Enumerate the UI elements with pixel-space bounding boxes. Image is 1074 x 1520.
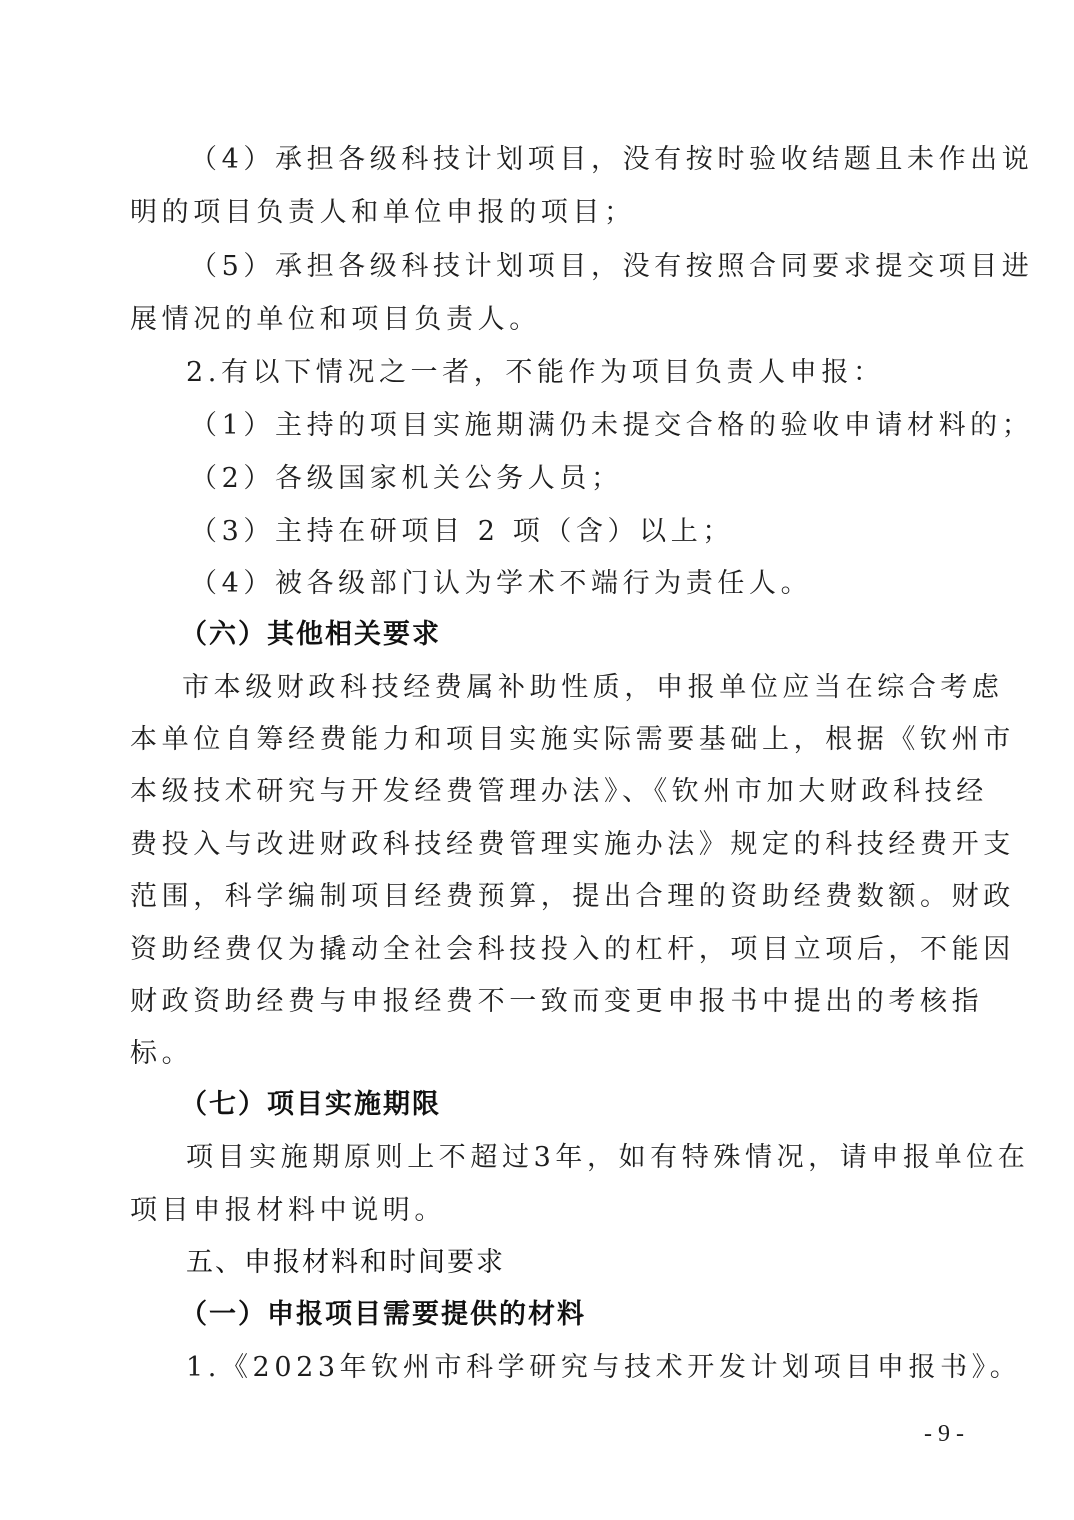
paragraph-line: 范围，科学编制项目经费预算，提出合理的资助经费数额。财政 bbox=[130, 880, 1015, 914]
list-item: （2）各级国家机关公务人员； bbox=[190, 462, 623, 496]
paragraph-line: 市本级财政科技经费属补助性质，申报单位应当在综合考虑 bbox=[182, 671, 1004, 705]
list-item: （3）主持在研项目 2 项（含）以上； bbox=[190, 515, 734, 549]
list-item: （1）主持的项目实施期满仍未提交合格的验收申请材料的； bbox=[190, 409, 1033, 443]
paragraph-line: （5）承担各级科技计划项目，没有按照合同要求提交项目进 bbox=[190, 250, 1033, 284]
paragraph-line: 标。 bbox=[130, 1037, 193, 1071]
page-number: - 9 - bbox=[924, 1420, 964, 1448]
paragraph-line: 费投入与改进财政科技经费管理实施办法》规定的科技经费开支 bbox=[130, 828, 1015, 862]
paragraph-line: 项目实施期原则上不超过3年，如有特殊情况，请申报单位在 bbox=[186, 1141, 1029, 1175]
paragraph-line: 本单位自筹经费能力和项目实施实际需要基础上，根据《钦州市 bbox=[130, 723, 1015, 757]
paragraph-line: 1.《2023年钦州市科学研究与技术开发计划项目申报书》。 bbox=[186, 1351, 1021, 1385]
paragraph-line: 展情况的单位和项目负责人。 bbox=[130, 303, 541, 337]
paragraph-line: 本级技术研究与开发经费管理办法》、《钦州市加大财政科技经 bbox=[130, 775, 988, 809]
subheading: （七）项目实施期限 bbox=[180, 1088, 441, 1122]
subheading: （六）其他相关要求 bbox=[180, 618, 441, 652]
subheading: （一）申报项目需要提供的材料 bbox=[180, 1298, 586, 1332]
list-item: （4）被各级部门认为学术不端行为责任人。 bbox=[190, 567, 812, 601]
paragraph-line: 明的项目负责人和单位申报的项目； bbox=[130, 196, 636, 230]
paragraph-line: （4）承担各级科技计划项目，没有按时验收结题且未作出说 bbox=[190, 143, 1033, 177]
paragraph-line: 财政资助经费与申报经费不一致而变更申报书中提出的考核指 bbox=[130, 985, 983, 1019]
section-heading: 五、申报材料和时间要求 bbox=[186, 1246, 505, 1280]
paragraph-line: 资助经费仅为撬动全社会科技投入的杠杆，项目立项后，不能因 bbox=[130, 933, 1015, 967]
document-page: （4）承担各级科技计划项目，没有按时验收结题且未作出说 明的项目负责人和单位申报… bbox=[0, 0, 1074, 1520]
paragraph-line: 项目申报材料中说明。 bbox=[130, 1194, 446, 1228]
paragraph-line: 2.有以下情况之一者，不能作为项目负责人申报： bbox=[186, 356, 885, 390]
